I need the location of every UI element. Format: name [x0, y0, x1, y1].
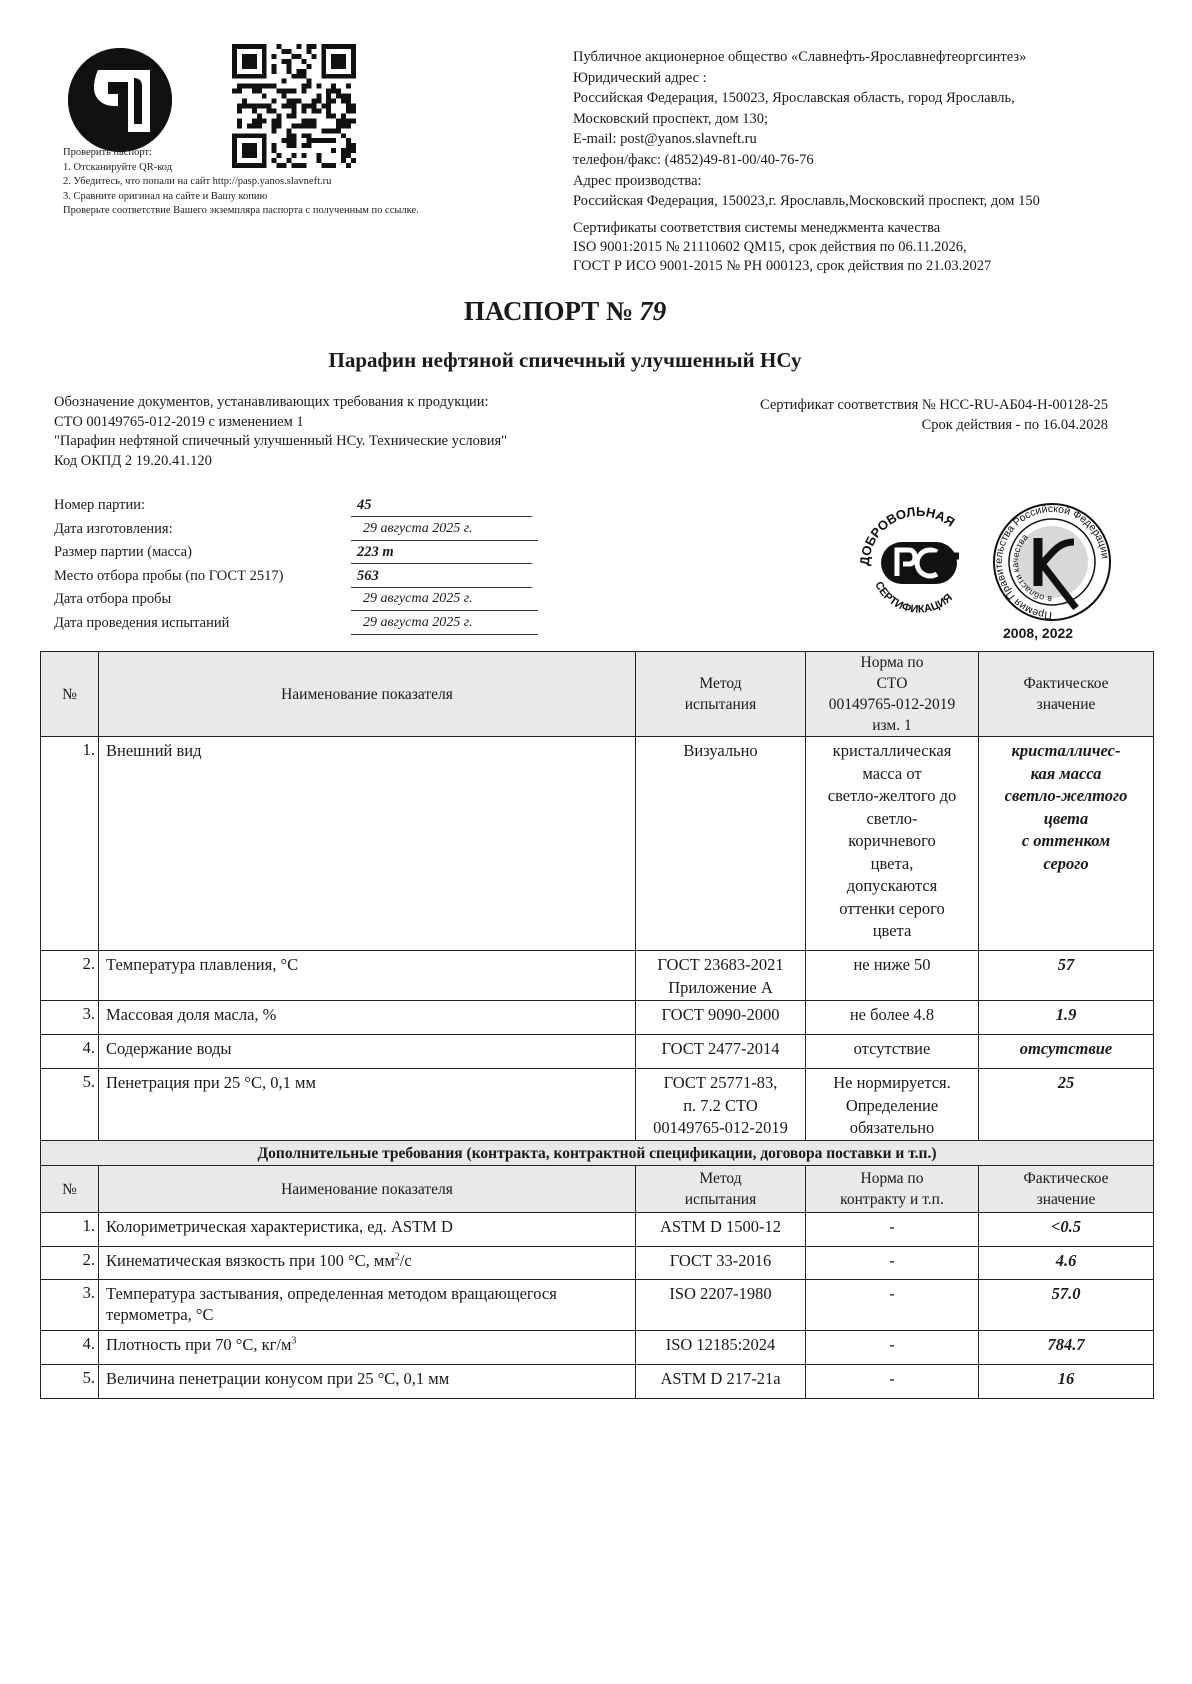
cell-name: Кинематическая вязкость при 100 °С, мм2/…	[99, 1247, 636, 1280]
award-years: 2008, 2022	[1003, 625, 1073, 641]
quality-award-seal: Премия Правительства Российской Федераци…	[990, 500, 1114, 624]
cell-norm-line: кристаллическая	[806, 740, 978, 763]
gost-cert: ГОСТ Р ИСО 9001-2015 № РН 000123, срок д…	[573, 257, 991, 276]
cell-method: ГОСТ 9090-2000	[636, 1001, 806, 1035]
table-row: 2.Температура плавления, °СГОСТ 23683-20…	[41, 951, 1154, 1001]
cell-method: ГОСТ 2477-2014	[636, 1035, 806, 1069]
cell-norm-line: светло-	[806, 808, 978, 831]
norm-header-line: СТО	[806, 673, 978, 694]
cell-name: Колориметрическая характеристика, ед. AS…	[99, 1213, 636, 1247]
cell-method-line: Приложение А	[636, 977, 805, 1000]
extra-header-row: № Наименование показателя Метод испытани…	[41, 1166, 1154, 1213]
docs-line: Обозначение документов, устанавливающих …	[54, 393, 507, 413]
cell-no: 5.	[41, 1069, 99, 1141]
table-row: 1.Внешний видВизуальнокристаллическаямас…	[41, 737, 1154, 951]
cell-fact: кристалличес-кая массасветло-желтогоцвет…	[979, 737, 1154, 951]
legal-address: Российская Федерация, 150023, Ярославска…	[573, 88, 1040, 109]
test-date-value: 29 августа 2025 г.	[351, 615, 538, 635]
batch-number-label: Номер партии:	[54, 497, 145, 514]
cell-name-text: Температура застывания, определенная мет…	[106, 1284, 557, 1324]
cell-no: 3.	[41, 1001, 99, 1035]
cell-norm: отсутствие	[806, 1035, 979, 1069]
product-name: Парафин нефтяной спичечный улучшенный НС…	[0, 348, 1130, 373]
cell-fact: 1.9	[979, 1001, 1154, 1035]
quality-award-k-icon: Премия Правительства Российской Федераци…	[990, 500, 1114, 624]
company-logo	[68, 48, 172, 152]
extra-col-header-norm: Норма по контракту и т.п.	[806, 1166, 979, 1213]
extra-col-header-norm-text: Норма по контракту и т.п.	[827, 1168, 957, 1210]
cell-norm: Не нормируется.Определениеобязательно	[806, 1069, 979, 1141]
cell-no: 4.	[41, 1035, 99, 1069]
verify-instructions: Проверить паспорт: 1. Отсканируйте QR-ко…	[63, 146, 419, 219]
cell-fact-line: цвета	[979, 808, 1153, 831]
cell-name-text: Колориметрическая характеристика, ед. AS…	[106, 1217, 453, 1236]
conformity-cert-number: Сертификат соответствия № НСС-RU-АБ04-Н-…	[760, 396, 1108, 416]
regulatory-documents: Обозначение документов, устанавливающих …	[54, 393, 507, 471]
cell-fact: 784.7	[979, 1331, 1154, 1365]
conformity-cert-validity: Срок действия - по 16.04.2028	[760, 416, 1108, 436]
ya-company-logo-icon	[68, 48, 172, 152]
cell-norm: -	[806, 1247, 979, 1280]
sampling-date-label: Дата отбора пробы	[54, 591, 171, 608]
table-row: 2.Кинематическая вязкость при 100 °С, мм…	[41, 1247, 1154, 1280]
cell-method: ISO 12185:2024	[636, 1331, 806, 1365]
cell-fact: 4.6	[979, 1247, 1154, 1280]
svg-text:СЕРТИФИКАЦИЯ: СЕРТИФИКАЦИЯ	[872, 580, 955, 616]
cell-fact: 16	[979, 1365, 1154, 1399]
cell-fact-line: 1.9	[979, 1004, 1153, 1027]
cell-method: ASTM D 1500-12	[636, 1213, 806, 1247]
extra-col-header-fact-text: Фактическое значение	[1011, 1168, 1121, 1210]
cell-norm-line: коричневого	[806, 830, 978, 853]
cell-no: 3.	[41, 1280, 99, 1331]
cell-fact: 57.0	[979, 1280, 1154, 1331]
cell-method-line: ГОСТ 9090-2000	[636, 1004, 805, 1027]
extra-col-header-no: №	[41, 1166, 99, 1213]
table-row: 1.Колориметрическая характеристика, ед. …	[41, 1213, 1154, 1247]
col-header-norm: Норма по СТО 00149765-012-2019 изм. 1	[806, 652, 979, 737]
col-header-no: №	[41, 652, 99, 737]
cell-name-text: Величина пенетрации конусом при 25 °С, 0…	[106, 1369, 449, 1388]
table-row: 5.Величина пенетрации конусом при 25 °С,…	[41, 1365, 1154, 1399]
cell-norm-line: Не нормируется.	[806, 1072, 978, 1095]
unit-superscript: 3	[291, 1336, 296, 1347]
table-row: 3.Температура застывания, определенная м…	[41, 1280, 1154, 1331]
cell-norm-line: цвета,	[806, 853, 978, 876]
cell-no: 4.	[41, 1331, 99, 1365]
col-header-method-text: Метод испытания	[676, 673, 766, 715]
company-phone: телефон/факс: (4852)49-81-00/40-76-76	[573, 150, 1040, 171]
cell-norm: не ниже 50	[806, 951, 979, 1001]
company-info: Публичное акционерное общество «Славнефт…	[573, 47, 1040, 212]
company-email: E-mail: post@yanos.slavneft.ru	[573, 129, 1040, 150]
cell-norm: кристаллическаямасса отсветло-желтого до…	[806, 737, 979, 951]
company-name: Публичное акционерное общество «Славнефт…	[573, 47, 1040, 68]
cell-fact-line: серого	[979, 853, 1153, 876]
cell-fact-line: с оттенком	[979, 830, 1153, 853]
cell-norm: -	[806, 1213, 979, 1247]
table-header-row: № Наименование показателя Метод испытани…	[41, 652, 1154, 737]
cell-norm-line: масса от	[806, 763, 978, 786]
cell-name: Пенетрация при 25 °С, 0,1 мм	[99, 1069, 636, 1141]
cell-method: Визуально	[636, 737, 806, 951]
extra-col-header-fact: Фактическое значение	[979, 1166, 1154, 1213]
table-row: 4.Плотность при 70 °С, кг/м3ISO 12185:20…	[41, 1331, 1154, 1365]
cell-name-text: Плотность при 70 °С, кг/м	[106, 1335, 291, 1354]
docs-line: "Парафин нефтяной спичечный улучшенный Н…	[54, 432, 507, 452]
page-title: ПАСПОРТ №79	[0, 296, 1130, 327]
cell-name: Плотность при 70 °С, кг/м3	[99, 1331, 636, 1365]
cell-method-line: ГОСТ 2477-2014	[636, 1038, 805, 1061]
batch-number-value: 45	[351, 497, 532, 517]
cell-fact-line: кая масса	[979, 763, 1153, 786]
cell-norm-line: не более 4.8	[806, 1004, 978, 1027]
cell-name: Температура застывания, определенная мет…	[99, 1280, 636, 1331]
cell-norm: -	[806, 1331, 979, 1365]
legal-address: Московский проспект, дом 130;	[573, 109, 1040, 130]
verify-title: Проверить паспорт:	[63, 146, 419, 161]
cell-method: ГОСТ 23683-2021Приложение А	[636, 951, 806, 1001]
cell-fact-line: отсутствие	[979, 1038, 1153, 1061]
legal-address-label: Юридический адрес :	[573, 68, 1040, 89]
extra-col-header-method: Метод испытания	[636, 1166, 806, 1213]
cell-fact: 25	[979, 1069, 1154, 1141]
cell-name: Содержание воды	[99, 1035, 636, 1069]
col-header-fact: Фактическое значение	[979, 652, 1154, 737]
verify-note: Проверьте соответствие Вашего экземпляра…	[63, 204, 419, 219]
col-header-fact-text: Фактическое значение	[1011, 673, 1121, 715]
cell-norm-line: оттенки серого	[806, 898, 978, 921]
cell-fact-line: светло-желтого	[979, 785, 1153, 808]
cell-no: 2.	[41, 951, 99, 1001]
verify-step: 2. Убедитесь, что попали на сайт http://…	[63, 175, 419, 190]
docs-line: Код ОКПД 2 19.20.41.120	[54, 452, 507, 472]
norm-header-line: изм. 1	[806, 715, 978, 736]
cell-method: ISO 2207-1980	[636, 1280, 806, 1331]
norm-header-line: Норма по	[806, 652, 978, 673]
batch-size-value: 223 т	[351, 544, 532, 564]
test-date-label: Дата проведения испытаний	[54, 615, 229, 632]
cell-method-line: 00149765-012-2019	[636, 1117, 805, 1140]
unit-tail: /с	[400, 1251, 412, 1270]
verify-step: 1. Отсканируйте QR-код	[63, 161, 419, 176]
manufacture-date-value: 29 августа 2025 г.	[351, 521, 538, 541]
cell-norm: не более 4.8	[806, 1001, 979, 1035]
cell-no: 1.	[41, 1213, 99, 1247]
cell-norm: -	[806, 1365, 979, 1399]
cell-name: Массовая доля масла, %	[99, 1001, 636, 1035]
quality-certificates: Сертификаты соответствия системы менеджм…	[573, 219, 991, 276]
cell-fact-line: кристалличес-	[979, 740, 1153, 763]
table-row: 4.Содержание водыГОСТ 2477-2014отсутстви…	[41, 1035, 1154, 1069]
cell-no: 5.	[41, 1365, 99, 1399]
cell-method-line: ГОСТ 23683-2021	[636, 954, 805, 977]
passport-number: 79	[639, 296, 666, 326]
cell-method-line: Визуально	[636, 740, 805, 763]
production-address: Российская Федерация, 150023,г. Ярославл…	[573, 191, 1040, 212]
cell-name-text: Кинематическая вязкость при 100 °С, мм	[106, 1251, 395, 1270]
extra-col-header-name: Наименование показателя	[99, 1166, 636, 1213]
cell-norm-line: отсутствие	[806, 1038, 978, 1061]
cell-method: ASTM D 217-21a	[636, 1365, 806, 1399]
cell-norm-line: допускаются	[806, 875, 978, 898]
cell-norm-line: цвета	[806, 920, 978, 943]
cell-norm-line: не ниже 50	[806, 954, 978, 977]
certs-title: Сертификаты соответствия системы менеджм…	[573, 219, 991, 238]
main-specs-table: № Наименование показателя Метод испытани…	[40, 651, 1154, 1399]
cell-fact-line: 57	[979, 954, 1153, 977]
table-row: 3.Массовая доля масла, %ГОСТ 9090-2000не…	[41, 1001, 1154, 1035]
cell-method: ГОСТ 33-2016	[636, 1247, 806, 1280]
passport-label: ПАСПОРТ №	[464, 296, 633, 326]
cell-norm-line: Определение	[806, 1095, 978, 1118]
stamp-bottom-text: СЕРТИФИКАЦИЯ	[872, 580, 955, 616]
cell-name: Величина пенетрации конусом при 25 °С, 0…	[99, 1365, 636, 1399]
table-row: 5.Пенетрация при 25 °С, 0,1 ммГОСТ 25771…	[41, 1069, 1154, 1141]
cell-norm-line: обязательно	[806, 1117, 978, 1140]
additional-requirements-title: Дополнительные требования (контракта, ко…	[41, 1141, 1154, 1166]
col-header-name: Наименование показателя	[99, 652, 636, 737]
docs-line: СТО 00149765-012-2019 с изменением 1	[54, 413, 507, 433]
cell-method-line: п. 7.2 СТО	[636, 1095, 805, 1118]
iso-cert: ISO 9001:2015 № 21110602 QM15, срок дейс…	[573, 238, 991, 257]
cell-name: Внешний вид	[99, 737, 636, 951]
norm-header-line: 00149765-012-2019	[806, 694, 978, 715]
conformity-certificate: Сертификат соответствия № НСС-RU-АБ04-Н-…	[760, 396, 1108, 435]
cell-no: 1.	[41, 737, 99, 951]
col-header-method: Метод испытания	[636, 652, 806, 737]
sampling-place-value: 563	[351, 568, 532, 588]
batch-size-label: Размер партии (масса)	[54, 544, 192, 561]
sampling-date-value: 29 августа 2025 г.	[351, 591, 538, 611]
cell-fact: <0.5	[979, 1213, 1154, 1247]
sampling-place-label: Место отбора пробы (по ГОСТ 2517)	[54, 568, 283, 585]
cell-norm: -	[806, 1280, 979, 1331]
verify-step: 3. Сравните оригинал на сайте и Вашу коп…	[63, 190, 419, 205]
section-row: Дополнительные требования (контракта, ко…	[41, 1141, 1154, 1166]
cell-norm-line: светло-желтого до	[806, 785, 978, 808]
cell-fact: отсутствие	[979, 1035, 1154, 1069]
rst-certification-icon: ДОБРОВОЛЬНАЯ СЕРТИФИКАЦИЯ	[855, 500, 981, 626]
cell-name: Температура плавления, °С	[99, 951, 636, 1001]
extra-col-header-method-text: Метод испытания	[676, 1168, 766, 1210]
voluntary-certification-mark: ДОБРОВОЛЬНАЯ СЕРТИФИКАЦИЯ	[855, 500, 981, 626]
manufacture-date-label: Дата изготовления:	[54, 521, 173, 538]
cell-fact: 57	[979, 951, 1154, 1001]
production-address-label: Адрес производства:	[573, 171, 1040, 192]
cell-method: ГОСТ 25771-83,п. 7.2 СТО00149765-012-201…	[636, 1069, 806, 1141]
cell-fact-line: 25	[979, 1072, 1153, 1095]
cell-method-line: ГОСТ 25771-83,	[636, 1072, 805, 1095]
cell-no: 2.	[41, 1247, 99, 1280]
